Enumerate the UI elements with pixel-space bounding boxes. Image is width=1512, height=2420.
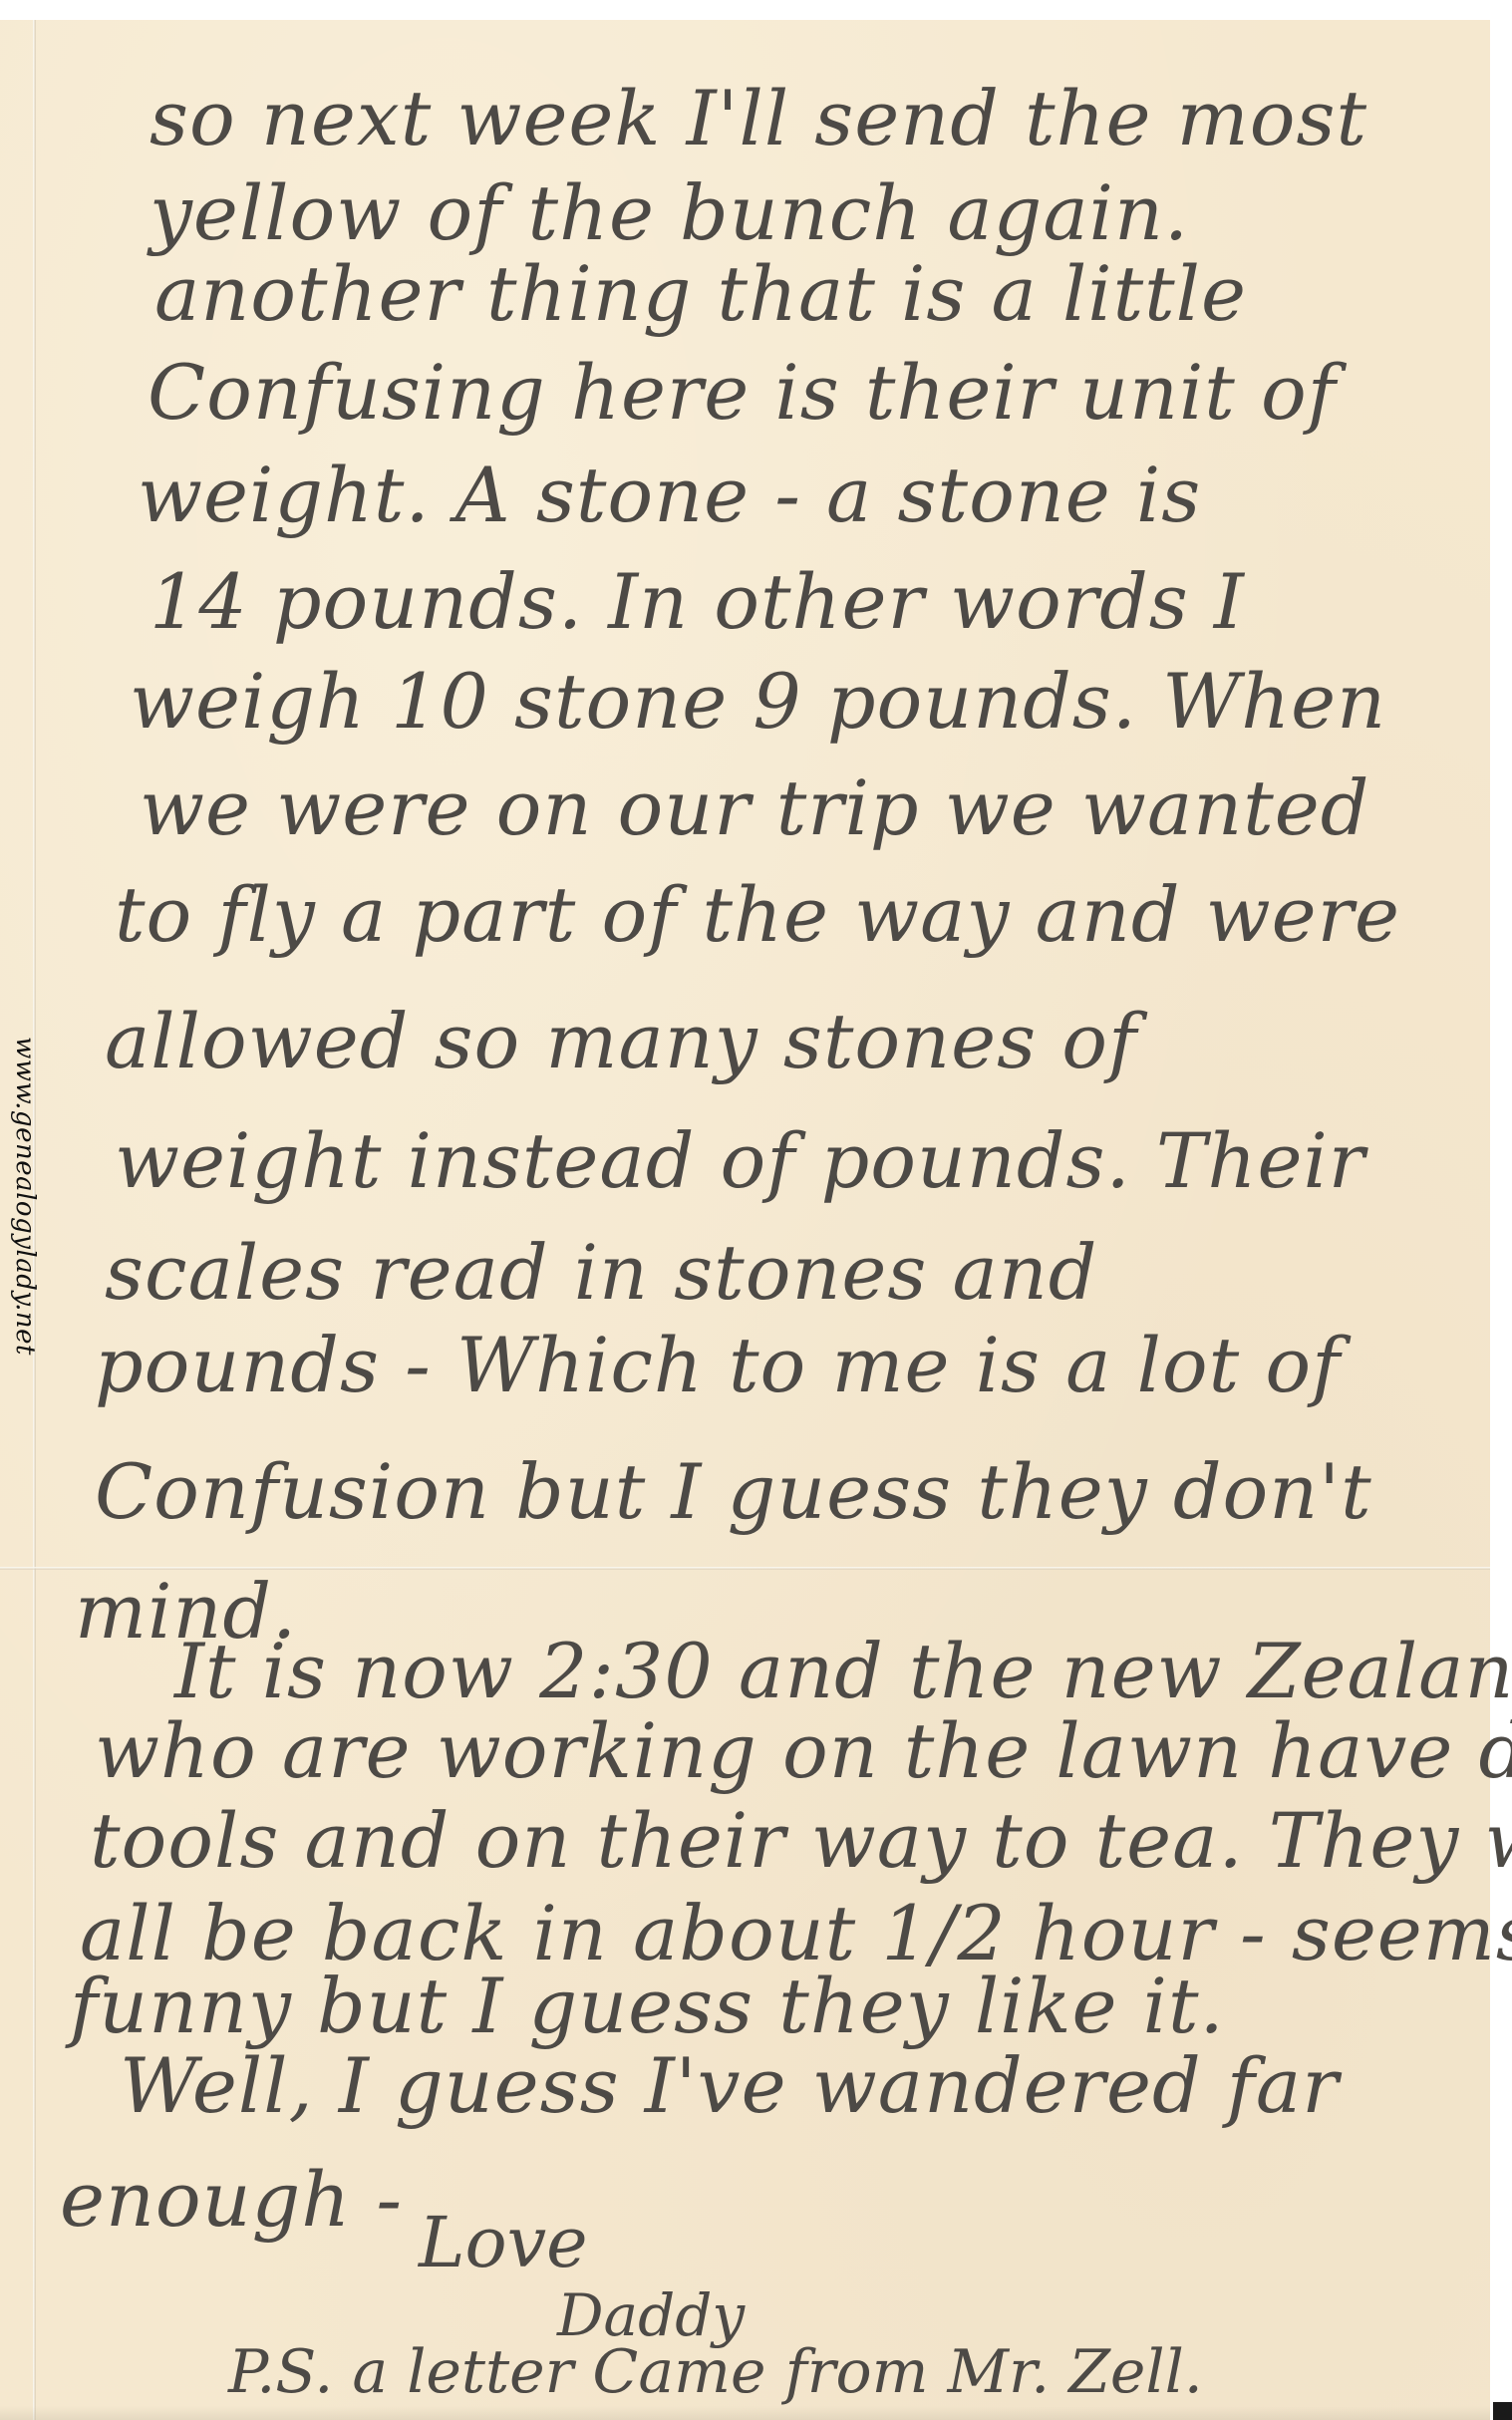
page-bottom-edge xyxy=(0,2406,1490,2420)
scan-artifact xyxy=(1493,2402,1512,2420)
letter-line: we were on our trip we wanted xyxy=(140,770,1369,846)
letter-line: all be back in about 1/2 hour - seems xyxy=(80,1896,1512,1971)
letter-line: weight. A stone - a stone is xyxy=(138,457,1201,533)
letter-line: weigh 10 stone 9 pounds. When xyxy=(130,664,1386,740)
letter-line: enough - xyxy=(60,2162,403,2238)
letter-line: scales read in stones and xyxy=(105,1235,1097,1311)
letter-line: Confusing here is their unit of xyxy=(148,355,1337,431)
letter-line: It is now 2:30 and the new Zealanders xyxy=(174,1634,1512,1709)
letter-line: who are working on the lawn have dropped xyxy=(95,1713,1512,1789)
letter-line: Well, I guess I've wandered far xyxy=(120,2048,1340,2124)
letter-line: to fly a part of the way and were xyxy=(115,877,1400,953)
letter-line: 14 pounds. In other words I xyxy=(150,564,1245,640)
postscript-line: P.S. a letter Came from Mr. Zell. xyxy=(228,2342,1203,2402)
letter-line: allowed so many stones of xyxy=(105,1004,1137,1079)
letter-line: Confusion but I guess they don't xyxy=(95,1454,1372,1530)
closing-love: Love xyxy=(419,2208,588,2277)
watermark-text: www.genealogylady.net xyxy=(10,1037,40,1356)
letter-line: tools and on their way to tea. They will xyxy=(90,1803,1512,1879)
letter-line: weight instead of pounds. Their xyxy=(115,1123,1365,1199)
letter-line: another thing that is a little xyxy=(154,256,1247,332)
letter-line: yellow of the bunch again. xyxy=(150,175,1189,251)
letter-line: funny but I guess they like it. xyxy=(70,1968,1225,2044)
signature-daddy: Daddy xyxy=(557,2286,745,2344)
letter-line: pounds - Which to me is a lot of xyxy=(95,1328,1341,1403)
letter-line: so next week I'll send the most xyxy=(150,81,1367,156)
